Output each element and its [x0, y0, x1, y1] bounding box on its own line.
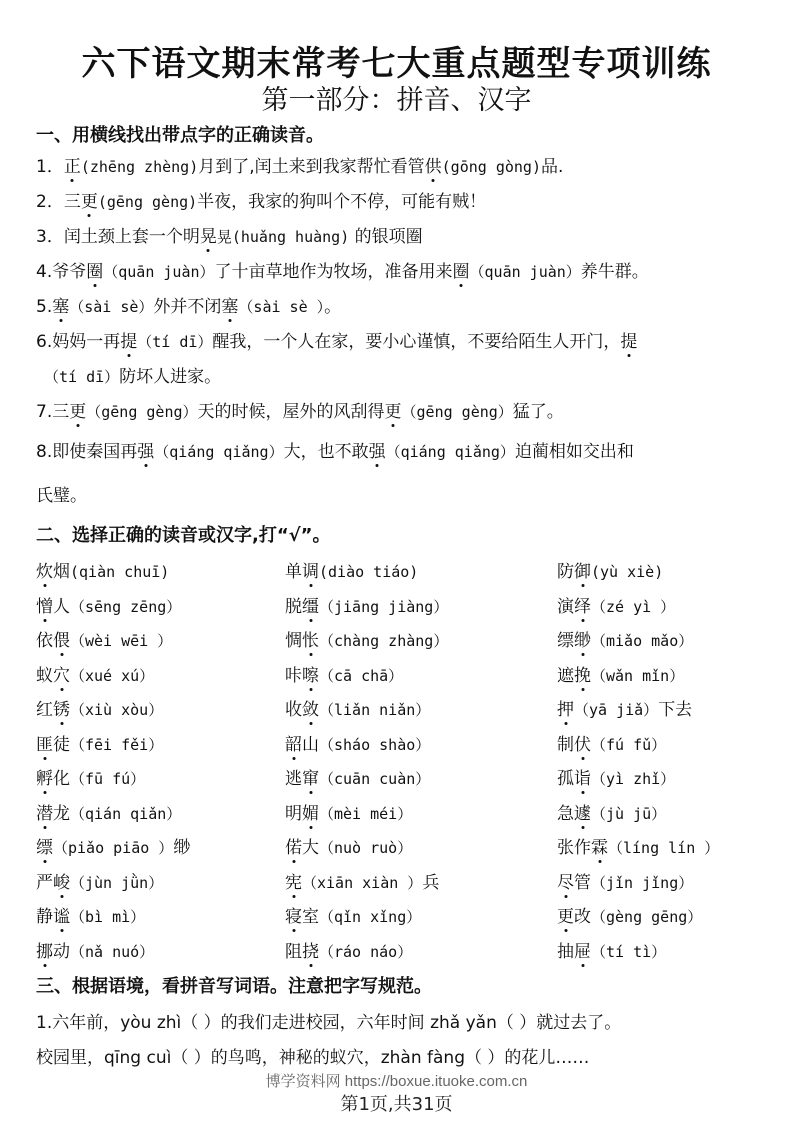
choice-item: 急遽（jù jū）: [557, 799, 666, 824]
choice-item: 依偎（wèi wēi ）: [36, 626, 172, 651]
pinyin-options: （wǎn mǐn）: [591, 667, 684, 685]
word-char: 缥: [36, 833, 53, 858]
pinyin-options: （fū fú）: [70, 770, 145, 788]
word-char: 媚: [302, 799, 319, 824]
question-line: 6.妈妈一再提（tí dī）醒我，一个人在家，要小心谨慎，不要给陌生人开门，提: [36, 327, 637, 352]
word-char: 咔: [285, 666, 302, 686]
word-char: 韶: [285, 730, 302, 755]
pinyin-options: （qiáng qiǎng）: [386, 443, 515, 461]
section1-heading: 一、用横线找出带点字的正确读音。: [36, 121, 324, 147]
pinyin-options: （sēng zēng）: [70, 598, 181, 616]
line-text: 醒我，一个人在家，要小心谨慎，不要给陌生人开门，: [212, 332, 620, 352]
word-char: 室: [302, 907, 319, 927]
word-char: 霖: [591, 833, 608, 858]
pinyin-options: （tí tì）: [591, 943, 666, 961]
word-char: 伏: [574, 730, 591, 755]
pinyin-options: （qián qiǎn）: [70, 805, 181, 823]
word-char: 逃: [285, 769, 302, 789]
word-char: 脱: [285, 597, 302, 617]
word-char: 惆: [285, 631, 302, 651]
pinyin-options: （tí dī）: [44, 368, 119, 386]
word-char: 抽: [557, 942, 574, 962]
dotted-character: 塞: [52, 292, 69, 317]
pinyin-options: (diào tiáo): [319, 563, 418, 581]
word-char: 窜: [302, 764, 319, 789]
choice-item: 孤诣（yì zhǐ）: [557, 764, 675, 789]
word-char: 炊: [36, 557, 53, 582]
pinyin-options: （gèng gēng）: [591, 908, 702, 926]
word-char: 人: [53, 597, 70, 617]
pinyin-options: 晃(huǎng huàng): [217, 228, 349, 246]
dotted-character: 更: [81, 187, 98, 212]
line-text: 天的时候，屋外的风刮得: [198, 402, 385, 422]
pinyin-options: (gēng gèng): [98, 193, 197, 211]
choice-item: 咔嚓（cā chā）: [285, 661, 403, 686]
choice-item: 挪动（nǎ nuó）: [36, 937, 154, 962]
pinyin-options: （quān juàn）: [103, 263, 214, 281]
pinyin-options: （líng lín ）: [608, 839, 719, 857]
word-char: 押: [557, 695, 574, 720]
pinyin-options: （quān juàn）: [470, 263, 581, 281]
word-char: 张作: [557, 838, 591, 858]
pinyin-options: （fú fǔ）: [591, 736, 666, 754]
choice-item: 尽管（jǐn jǐng）: [557, 868, 693, 893]
choice-item: 明媚（mèi méi）: [285, 799, 412, 824]
word-char: 敛: [302, 695, 319, 720]
pinyin-options: （bì mì）: [70, 908, 145, 926]
word-char: 孵: [36, 764, 53, 789]
line-text: 7.三: [36, 402, 69, 422]
section3-heading: 三、根据语境，看拼音写词语。注意把字写规范。: [36, 972, 432, 998]
choice-item: 寝室（qǐn xǐng）: [285, 902, 421, 927]
pinyin-options: (yù xiè): [591, 563, 663, 581]
choice-item: 韶山（sháo shào）: [285, 730, 430, 755]
word-tail: 兵: [422, 873, 439, 893]
pinyin-options: （gēng gèng）: [86, 403, 197, 421]
line-text: 6.妈妈一再: [36, 332, 120, 352]
word-char: 蚁: [36, 666, 53, 686]
choice-item: 阻挠（ráo náo）: [285, 937, 412, 962]
section3-line-1: 1.六年前，yòu zhì（ ）的我们走进校园，六年时间 zhǎ yǎn（ ）就…: [36, 1008, 621, 1033]
word-char: 挽: [574, 661, 591, 686]
word-char: 嚓: [302, 661, 319, 686]
line-text: 了十亩草地作为牧场，准备用来: [215, 262, 453, 282]
line-text: 养牛群。: [581, 262, 649, 282]
line-text: 品.: [541, 157, 563, 177]
choice-item: 缥缈（miǎo mǎo）: [557, 626, 693, 651]
choice-item: 防御(yù xiè): [557, 557, 663, 582]
word-char: 烟: [53, 562, 70, 582]
word-char: 收: [285, 700, 302, 720]
dotted-character: 圈: [453, 257, 470, 282]
footer-page-number: 第1页,共31页: [0, 1090, 793, 1116]
pinyin-options: （ráo náo）: [319, 943, 412, 961]
word-char: 缥: [557, 631, 574, 651]
word-char: 挪: [36, 937, 53, 962]
line-text: 4.爷爷: [36, 262, 86, 282]
choice-item: 逃窜（cuān cuàn）: [285, 764, 430, 789]
choice-item: 严峻（jùn jǜn）: [36, 868, 163, 893]
choice-item: 潜龙（qián qiǎn）: [36, 799, 181, 824]
word-char: 匪: [36, 730, 53, 755]
word-char: 依: [36, 631, 53, 651]
line-text: 2．三: [36, 192, 81, 212]
word-char: 御: [574, 557, 591, 582]
line-text: 半夜，我家的狗叫个不停，可能有贼！: [197, 192, 486, 212]
dotted-character: 更: [69, 397, 86, 422]
word-char: 静: [36, 907, 53, 927]
pinyin-options: （sháo shào）: [319, 736, 430, 754]
pinyin-options: （nuò ruò）: [319, 839, 412, 857]
section2-heading: 二、选择正确的读音或汉字,打“√”。: [36, 521, 331, 547]
choice-item: 缥（piǎo piāo ）缈: [36, 833, 190, 858]
word-char: 单: [285, 562, 302, 582]
pinyin-options: （piǎo piāo ）: [53, 839, 173, 857]
line-text: 氏璧。: [36, 486, 87, 506]
pinyin-options: （zé yì ）: [591, 598, 675, 616]
word-char: 大: [302, 838, 319, 858]
pinyin-options: （wèi wēi ）: [70, 632, 172, 650]
word-char: 缈: [574, 626, 591, 651]
word-char: 缰: [302, 592, 319, 617]
question-line: 7.三更（gēng gèng）天的时候，屋外的风刮得更（gēng gèng）猛了…: [36, 397, 564, 422]
pinyin-options: (zhēng zhèng): [81, 158, 198, 176]
word-char: 宪: [285, 868, 302, 893]
line-text: 的银项圈: [349, 227, 422, 247]
pinyin-options: （cā chā）: [319, 667, 403, 685]
word-char: 孤: [557, 769, 574, 789]
word-char: 锈: [53, 695, 70, 720]
word-char: 阻: [285, 942, 302, 962]
word-char: 屉: [574, 937, 591, 962]
choice-item: 张作霖（líng lín ）: [557, 833, 719, 858]
word-char: 偎: [53, 626, 70, 651]
dotted-character: 提: [120, 327, 137, 352]
word-char: 怅: [302, 626, 319, 651]
pinyin-options: （miǎo mǎo）: [591, 632, 693, 650]
word-char: 急: [557, 804, 574, 824]
pinyin-options: （chàng zhàng）: [319, 632, 448, 650]
word-char: 挠: [302, 937, 319, 962]
line-text: 防坏人进家。: [119, 367, 221, 387]
choice-item: 宪（xiān xiàn ）兵: [285, 868, 439, 893]
line-text: 1．: [36, 157, 64, 177]
line-text: 迫蔺相如交出和: [515, 442, 634, 462]
choice-item: 脱缰（jiāng jiàng）: [285, 592, 448, 617]
line-text: 。: [324, 297, 341, 317]
pinyin-options: （sài sè ）: [238, 298, 324, 316]
line-text: 外并不闭: [153, 297, 221, 317]
pinyin-options: (qiàn chuī): [70, 563, 169, 581]
word-char: 徒: [53, 735, 70, 755]
word-char: 寝: [285, 902, 302, 927]
word-char: 管: [574, 873, 591, 893]
dotted-character: 提: [620, 327, 637, 352]
word-char: 穴: [53, 661, 70, 686]
word-char: 严: [36, 873, 53, 893]
pinyin-options: （cuān cuàn）: [319, 770, 430, 788]
choice-item: 遮挽（wǎn mǐn）: [557, 661, 684, 686]
word-char: 改: [574, 907, 591, 927]
question-line: 4.爷爷圈（quān juàn）了十亩草地作为牧场，准备用来圈（quān juà…: [36, 257, 649, 282]
choice-item: 偌大（nuò ruò）: [285, 833, 412, 858]
choice-item: 蚁穴（xué xú）: [36, 661, 154, 686]
question-line: 1．正(zhēng zhèng)月到了,闰土来到我家帮忙看管供(gōng gòn…: [36, 152, 563, 177]
dotted-character: 强: [137, 437, 154, 462]
word-char: 绎: [574, 592, 591, 617]
pinyin-options: （jù jū）: [591, 805, 666, 823]
pinyin-options: （mèi méi）: [319, 805, 412, 823]
footer-site: 博学资料网 https://boxue.ituoke.com.cn: [0, 1070, 793, 1091]
word-char: 动: [53, 942, 70, 962]
word-char: 制: [557, 735, 574, 755]
pinyin-options: （yā jiǎ）: [574, 701, 658, 719]
word-char: 遮: [557, 666, 574, 686]
choice-item: 抽屉（tí tì）: [557, 937, 666, 962]
choice-item: 更改（gèng gēng）: [557, 902, 702, 927]
word-char: 潜: [36, 799, 53, 824]
choice-item: 红锈（xiù xòu）: [36, 695, 163, 720]
word-char: 演: [557, 597, 574, 617]
pinyin-options: （jǐn jǐng）: [591, 874, 693, 892]
dotted-character: 塞: [221, 292, 238, 317]
choice-item: 单调(diào tiáo): [285, 557, 418, 582]
dotted-character: 供: [425, 152, 442, 177]
line-text: 8.即使秦国再: [36, 442, 137, 462]
word-char: 龙: [53, 804, 70, 824]
dotted-character: 正: [64, 152, 81, 177]
line-text: 大，也不敢: [284, 442, 369, 462]
word-char: 山: [302, 735, 319, 755]
word-char: 明: [285, 804, 302, 824]
line-text: 猛了。: [513, 402, 564, 422]
pinyin-options: （gēng gèng）: [402, 403, 513, 421]
word-char: 尽: [557, 868, 574, 893]
choice-item: 押（yā jiǎ）下去: [557, 695, 692, 720]
pinyin-options: （sài sè）: [69, 298, 153, 316]
word-char: 红: [36, 700, 53, 720]
pinyin-options: (gōng gòng): [442, 158, 541, 176]
choice-item: 收敛（liǎn niǎn）: [285, 695, 430, 720]
pinyin-options: （yì zhǐ）: [591, 770, 675, 788]
question-line: 氏璧。: [36, 481, 87, 506]
question-line: 2．三更(gēng gèng)半夜，我家的狗叫个不停，可能有贼！: [36, 187, 486, 212]
word-char: 更: [557, 902, 574, 927]
word-char: 偌: [285, 833, 302, 858]
document-subtitle: 第一部分：拼音、汉字: [0, 78, 793, 117]
dotted-character: 强: [369, 437, 386, 462]
dotted-character: 圈: [86, 257, 103, 282]
pinyin-options: （jiāng jiàng）: [319, 598, 448, 616]
word-char: 化: [53, 769, 70, 789]
section3-line-2: 校园里，qīng cuì（ ）的鸟鸣，神秘的蚁穴，zhàn fàng（ ）的花儿…: [36, 1043, 589, 1068]
pinyin-options: （xué xú）: [70, 667, 154, 685]
choice-item: 制伏（fú fǔ）: [557, 730, 666, 755]
line-text: 3．闰土颈上套一个明: [36, 227, 200, 247]
pinyin-options: （jùn jǜn）: [70, 874, 163, 892]
word-tail: 缈: [173, 838, 190, 858]
word-char: 防: [557, 562, 574, 582]
pinyin-options: （qiáng qiǎng）: [154, 443, 283, 461]
question-line: 5.塞（sài sè）外并不闭塞（sài sè ）。: [36, 292, 341, 317]
line-text: 月到了,闰土来到我家帮忙看管: [198, 157, 424, 177]
choice-item: 憎人（sēng zēng）: [36, 592, 181, 617]
pinyin-options: （liǎn niǎn）: [319, 701, 430, 719]
pinyin-options: （nǎ nuó）: [70, 943, 154, 961]
line-text: 5.: [36, 297, 52, 317]
word-char: 调: [302, 557, 319, 582]
choice-item: 炊烟(qiàn chuī): [36, 557, 169, 582]
word-char: 憎: [36, 592, 53, 617]
question-line: 3．闰土颈上套一个明晃晃(huǎng huàng) 的银项圈: [36, 222, 423, 247]
pinyin-options: （fēi fěi）: [70, 736, 163, 754]
word-char: 诣: [574, 764, 591, 789]
word-char: 峻: [53, 868, 70, 893]
dotted-character: 更: [385, 397, 402, 422]
word-char: 遽: [574, 799, 591, 824]
choice-item: 匪徒（fēi fěi）: [36, 730, 163, 755]
choice-item: 孵化（fū fú）: [36, 764, 145, 789]
pinyin-options: （tí dī）: [137, 333, 212, 351]
choice-item: 静谧（bì mì）: [36, 902, 145, 927]
pinyin-options: （xiān xiàn ）: [302, 874, 422, 892]
question-line: 8.即使秦国再强（qiáng qiǎng）大，也不敢强（qiáng qiǎng）…: [36, 437, 634, 462]
word-tail: 下去: [658, 700, 692, 720]
word-char: 谧: [53, 902, 70, 927]
question-line: （tí dī）防坏人进家。: [44, 362, 221, 387]
choice-item: 演绎（zé yì ）: [557, 592, 675, 617]
pinyin-options: （xiù xòu）: [70, 701, 163, 719]
choice-item: 惆怅（chàng zhàng）: [285, 626, 448, 651]
pinyin-options: （qǐn xǐng）: [319, 908, 421, 926]
dotted-character: 晃: [200, 222, 217, 247]
